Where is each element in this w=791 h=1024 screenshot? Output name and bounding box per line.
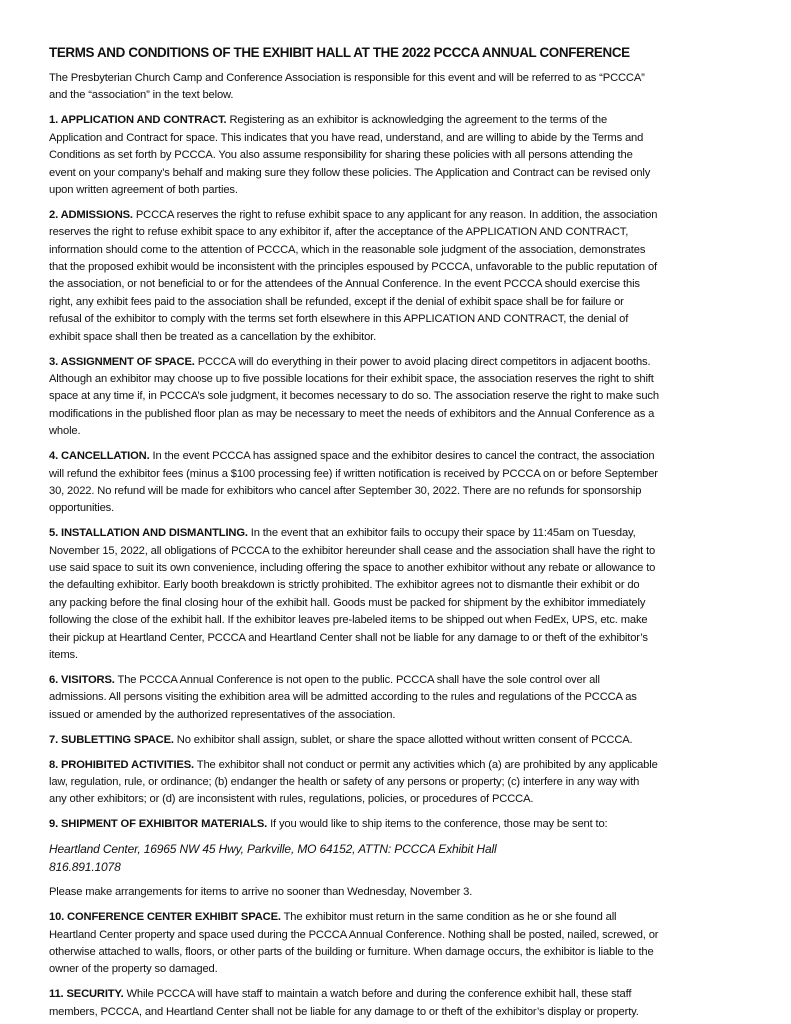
- text-line: whole.: [49, 423, 749, 440]
- section-admissions: 2. ADMISSIONS. PCCCA reserves the right …: [49, 207, 749, 346]
- section-heading: 2. ADMISSIONS.: [49, 209, 133, 221]
- text-line: modifications in the published floor pla…: [49, 406, 749, 423]
- text-line: The exhibitor must return in the same co…: [281, 911, 617, 923]
- text-line: 30, 2022. No refund will be made for exh…: [49, 483, 749, 500]
- text-line: items.: [49, 647, 749, 664]
- text-line: space at any time if, in PCCCA’s sole ju…: [49, 388, 749, 405]
- text-line: PCCCA will do everything in their power …: [195, 356, 651, 368]
- text-line: issued or amended by the authorized repr…: [49, 707, 749, 724]
- text-line: Application and Contract for space. This…: [49, 130, 749, 147]
- section-heading: 7. SUBLETTING SPACE.: [49, 734, 174, 746]
- text-line: Although an exhibitor may choose up to f…: [49, 371, 749, 388]
- text-line: The exhibitor shall not conduct or permi…: [194, 759, 658, 771]
- text-line: Please make arrangements for items to ar…: [49, 884, 749, 901]
- text-line: law, regulation, rule, or ordinance; (b)…: [49, 774, 749, 791]
- section-cancellation: 4. CANCELLATION. In the event PCCCA has …: [49, 448, 749, 518]
- text-line: the association, or not beneficial to or…: [49, 276, 749, 293]
- text-line: will refund the exhibitor fees (minus a …: [49, 466, 749, 483]
- text-line: The Presbyterian Church Camp and Confere…: [49, 70, 749, 87]
- section-heading: 4. CANCELLATION.: [49, 450, 150, 462]
- section-application-and-contract: 1. APPLICATION AND CONTRACT. Registering…: [49, 112, 749, 199]
- section-heading: 3. ASSIGNMENT OF SPACE.: [49, 356, 195, 368]
- text-line: their pickup at Heartland Center, PCCCA …: [49, 630, 749, 647]
- text-line: PCCCA reserves the right to refuse exhib…: [133, 209, 657, 221]
- text-line: While PCCCA will have staff to maintain …: [124, 988, 632, 1000]
- text-line: otherwise attached to walls, floors, or …: [49, 944, 749, 961]
- text-line: right, any exhibit fees paid to the asso…: [49, 294, 749, 311]
- section-prohibited-activities: 8. PROHIBITED ACTIVITIES. The exhibitor …: [49, 757, 749, 809]
- section-conference-center-exhibit-space: 10. CONFERENCE CENTER EXHIBIT SPACE. The…: [49, 909, 749, 979]
- section-heading: 1. APPLICATION AND CONTRACT.: [49, 114, 227, 126]
- phone-number: 816.891.1078: [49, 859, 749, 877]
- text-line: Heartland Center property and space used…: [49, 927, 749, 944]
- text-line: event on your company’s behalf and makin…: [49, 165, 749, 182]
- section-visitors: 6. VISITORS. The PCCCA Annual Conference…: [49, 672, 749, 724]
- section-installation-and-dismantling: 5. INSTALLATION AND DISMANTLING. In the …: [49, 525, 749, 664]
- text-line: The PCCCA Annual Conference is not open …: [115, 674, 600, 686]
- text-line: any packing before the final closing hou…: [49, 595, 749, 612]
- address-line: Heartland Center, 16965 NW 45 Hwy, Parkv…: [49, 841, 749, 859]
- text-line: members, PCCCA, and Heartland Center sha…: [49, 1004, 749, 1021]
- section-subletting-space: 7. SUBLETTING SPACE. No exhibitor shall …: [49, 732, 749, 749]
- text-line: exhibit space shall then be treated as a…: [49, 329, 749, 346]
- text-line: November 15, 2022, all obligations of PC…: [49, 543, 749, 560]
- section-heading: 9. SHIPMENT OF EXHIBITOR MATERIALS.: [49, 818, 267, 830]
- text-line: reserves the right to refuse exhibit spa…: [49, 224, 749, 241]
- intro-paragraph: The Presbyterian Church Camp and Confere…: [49, 70, 749, 105]
- text-line: information should come to the attention…: [49, 242, 749, 259]
- text-line: use said space to suit its own convenien…: [49, 560, 749, 577]
- arrival-note: Please make arrangements for items to ar…: [49, 884, 749, 901]
- text-line: that the proposed exhibit would be incon…: [49, 259, 749, 276]
- shipping-address: Heartland Center, 16965 NW 45 Hwy, Parkv…: [49, 841, 749, 876]
- section-heading: 11. SECURITY.: [49, 988, 124, 1000]
- section-heading: 6. VISITORS.: [49, 674, 115, 686]
- text-line: the defaulting exhibitor. Early booth br…: [49, 577, 749, 594]
- text-line: following the close of the exhibit hall.…: [49, 612, 749, 629]
- text-line: refusal of the exhibitor to comply with …: [49, 311, 749, 328]
- text-line: In the event PCCCA has assigned space an…: [150, 450, 655, 462]
- section-heading: 10. CONFERENCE CENTER EXHIBIT SPACE.: [49, 911, 281, 923]
- text-line: Registering as an exhibitor is acknowled…: [227, 114, 608, 126]
- text-line: upon written agreement of both parties.: [49, 182, 749, 199]
- text-line: If you would like to ship items to the c…: [267, 818, 607, 830]
- section-heading: 5. INSTALLATION AND DISMANTLING.: [49, 527, 248, 539]
- text-line: any other exhibitors; or (d) are inconsi…: [49, 791, 749, 808]
- section-security: 11. SECURITY. While PCCCA will have staf…: [49, 986, 749, 1021]
- document-page: TERMS AND CONDITIONS OF THE EXHIBIT HALL…: [49, 44, 749, 1024]
- text-line: admissions. All persons visiting the exh…: [49, 689, 749, 706]
- section-heading: 8. PROHIBITED ACTIVITIES.: [49, 759, 194, 771]
- text-line: and the “association” in the text below.: [49, 87, 749, 104]
- text-line: No exhibitor shall assign, sublet, or sh…: [174, 734, 633, 746]
- text-line: In the event that an exhibitor fails to …: [248, 527, 636, 539]
- text-line: opportunities.: [49, 500, 749, 517]
- section-assignment-of-space: 3. ASSIGNMENT OF SPACE. PCCCA will do ev…: [49, 354, 749, 441]
- document-title: TERMS AND CONDITIONS OF THE EXHIBIT HALL…: [49, 44, 749, 62]
- text-line: owner of the property so damaged.: [49, 961, 749, 978]
- text-line: Conditions as set forth by PCCCA. You al…: [49, 147, 749, 164]
- section-shipment-of-exhibitor-materials: 9. SHIPMENT OF EXHIBITOR MATERIALS. If y…: [49, 816, 749, 833]
